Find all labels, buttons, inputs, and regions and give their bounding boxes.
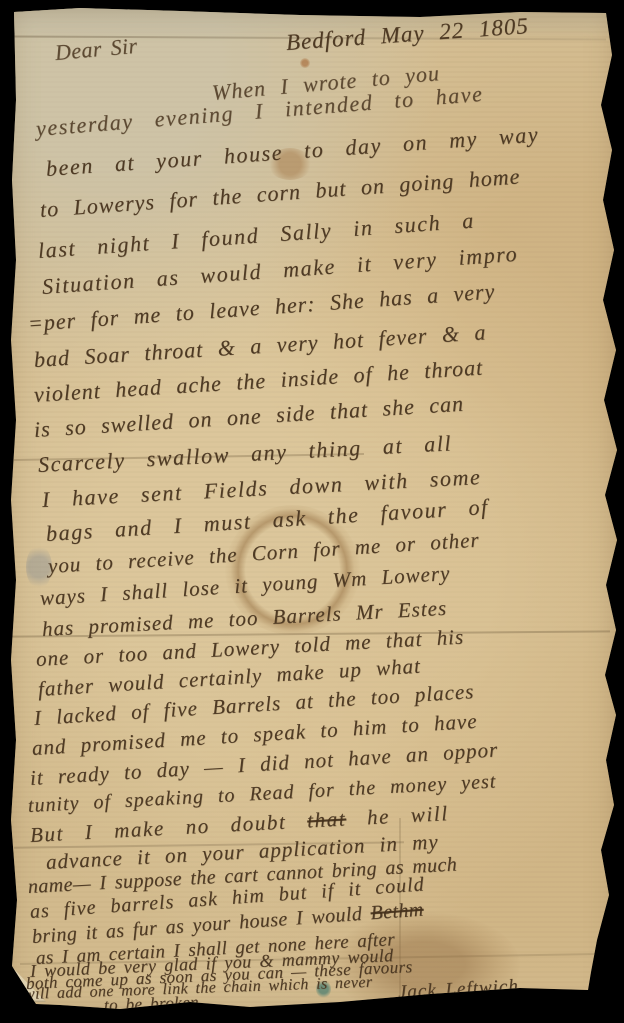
struck-word: that: [307, 806, 347, 832]
dateline: Bedford May 22 1805: [285, 13, 530, 56]
salutation: Dear Sir: [54, 33, 139, 66]
closing-line: to be broken: [98, 992, 220, 1019]
signature: Jack Leftwich: [397, 976, 519, 1004]
stain: [300, 58, 310, 68]
letter-paper: Dear Sir Bedford May 22 1805 When I wrot…: [0, 0, 624, 1023]
line-text: he will: [346, 801, 450, 830]
scan-background: Dear Sir Bedford May 22 1805 When I wrot…: [0, 0, 624, 1023]
struck-word: Bethm: [370, 899, 424, 925]
